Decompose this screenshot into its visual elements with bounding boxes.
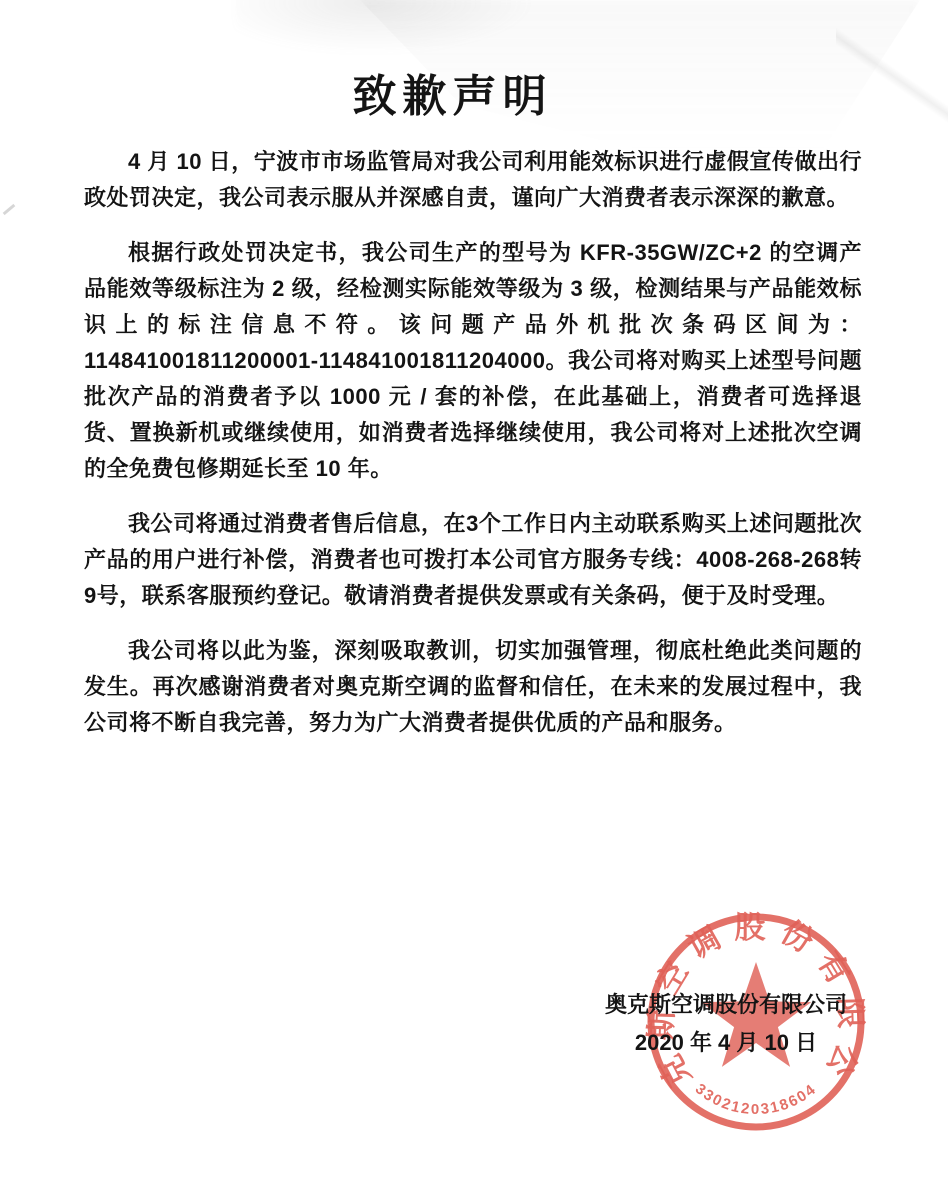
scan-artifact-left xyxy=(3,204,16,215)
paragraph-commitment: 我公司将以此为鉴，深刻吸取教训，切实加强管理，彻底杜绝此类问题的发生。再次感谢消… xyxy=(84,633,862,741)
paragraph-product-details: 根据行政处罚决定书，我公司生产的型号为 KFR-35GW/ZC+2 的空调产品能… xyxy=(84,235,862,487)
signature-company: 奥克斯空调股份有限公司 xyxy=(596,986,856,1024)
signature-block: 奥克斯空调股份有限公司 2020 年 4 月 10 日 xyxy=(596,986,856,1062)
svg-text:3302120318604: 3302120318604 xyxy=(692,1080,820,1118)
paragraph-compensation-contact: 我公司将通过消费者售后信息，在3个工作日内主动联系购买上述问题批次产品的用户进行… xyxy=(84,506,862,614)
paragraph-penalty-apology: 4 月 10 日，宁波市市场监管局对我公司利用能效标识进行虚假宣传做出行政处罚决… xyxy=(84,144,862,216)
page-title: 致歉声明 xyxy=(0,60,948,124)
scan-artifact-blob xyxy=(235,0,535,55)
document-body: 4 月 10 日，宁波市市场监管局对我公司利用能效标识进行虚假宣传做出行政处罚决… xyxy=(84,144,862,760)
apology-statement-page: 致歉声明 4 月 10 日，宁波市市场监管局对我公司利用能效标识进行虚假宣传做出… xyxy=(0,0,948,1200)
signature-date: 2020 年 4 月 10 日 xyxy=(596,1024,856,1062)
seal-number: 3302120318604 xyxy=(692,1080,820,1118)
